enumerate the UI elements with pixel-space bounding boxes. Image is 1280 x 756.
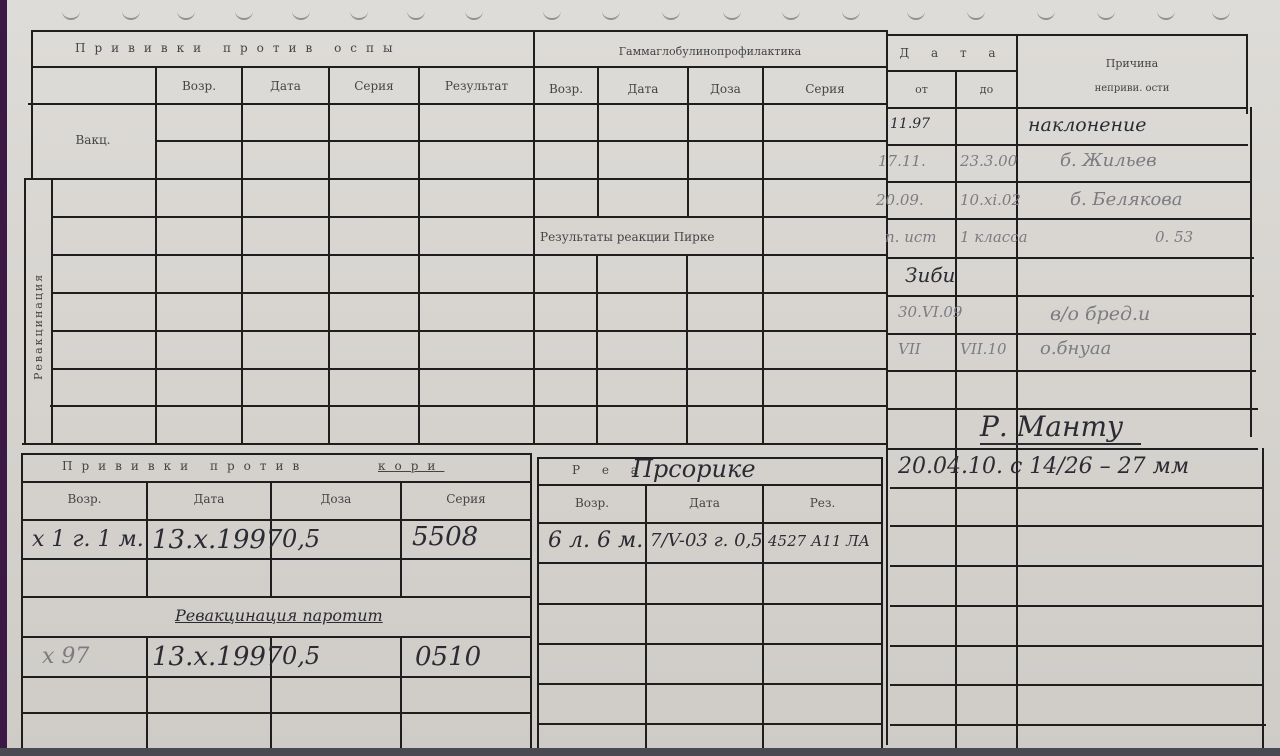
reason-header-title: Причина xyxy=(1018,57,1246,70)
perforation-mark xyxy=(350,10,368,20)
smallpox-title: Прививки против оспы xyxy=(75,41,515,55)
reaction-row1-result: 4527 А11 ЛА xyxy=(768,532,870,550)
exemption-row-1-from: 11.97 xyxy=(890,116,930,132)
perforation-mark xyxy=(235,10,253,20)
reaction-header-age: Возр. xyxy=(539,496,645,510)
date-from-header: от xyxy=(888,83,955,96)
exemption-row-2-from: 17.11. xyxy=(878,152,926,170)
perforation-mark xyxy=(782,10,800,20)
perforation-mark xyxy=(465,10,483,20)
smallpox-header-age: Возр. xyxy=(157,79,241,93)
pirquet-results-label: Результаты реакции Пирке xyxy=(540,230,714,244)
perforation-mark xyxy=(543,10,561,20)
dates-title: Д а т а xyxy=(888,46,1016,60)
exemption-row-2-reason: б. Жильев xyxy=(1060,150,1157,171)
measles-row1-date: 13.x.1997 xyxy=(152,525,282,555)
exemption-row-4-reason: 0. 53 xyxy=(1155,228,1193,246)
measles-row2-date: 13.x.1997 xyxy=(152,642,282,672)
reaction-row1-date: 7/V-03 г. 0,5 xyxy=(650,530,763,551)
exemption-row-4-to: 1 класса xyxy=(960,228,1028,246)
exemption-row-7-reason: о.бнуаа xyxy=(1040,338,1111,359)
perforation-mark xyxy=(1157,10,1175,20)
measles-row2-dose: 0,5 xyxy=(282,642,320,670)
reaction-header-result: Рез. xyxy=(764,496,881,510)
measles-header-age: Возр. xyxy=(23,492,146,506)
measles-row2-series: 0510 xyxy=(415,642,481,672)
measles-row1-age: x 1 г. 1 м. xyxy=(32,527,144,552)
perforation-mark xyxy=(407,10,425,20)
perforation-mark xyxy=(1037,10,1055,20)
smallpox-header-date: Дата xyxy=(243,79,328,93)
measles-row1-series: 5508 xyxy=(412,522,478,552)
perforation-mark xyxy=(122,10,140,20)
revaccination-heading: Ревакцинация паротит xyxy=(175,606,383,625)
perforation-mark xyxy=(1212,10,1230,20)
perforation-mark xyxy=(967,10,985,20)
measles-header-dose: Доза xyxy=(272,492,400,506)
measles-header-series: Серия xyxy=(402,492,530,506)
reaction-header-date: Дата xyxy=(647,496,762,510)
exemption-row-3-from: 20.09. xyxy=(876,191,924,209)
smallpox-header-result: Результат xyxy=(420,79,533,93)
mantoux-entry: 20.04.10. с 14/26 – 27 мм xyxy=(898,454,1189,479)
perforation-mark xyxy=(602,10,620,20)
measles-title-prefix: Прививки против xyxy=(62,459,308,473)
perforation-mark xyxy=(177,10,195,20)
perforation-mark xyxy=(292,10,310,20)
perforation-mark xyxy=(62,10,80,20)
measles-title-disease: кори xyxy=(378,459,444,473)
perforation-mark xyxy=(662,10,680,20)
exemption-row-5-from: Зиби xyxy=(905,263,955,287)
frame-left-edge xyxy=(0,0,7,756)
reason-header-subtitle: неприви. ости xyxy=(1018,83,1246,94)
measles-header-date: Дата xyxy=(148,492,270,506)
gamma-header-dose: Доза xyxy=(689,82,762,96)
date-to-header: до xyxy=(957,83,1016,96)
exemption-row-2-to: 23.3.00 xyxy=(960,152,1017,170)
exemption-row-4-from: п. ист xyxy=(885,228,936,246)
exemption-row-1-reason: наклонение xyxy=(1028,114,1146,136)
perforation-mark xyxy=(1097,10,1115,20)
perforation-mark xyxy=(723,10,741,20)
gamma-title: Гаммаглобулинопрофилактика xyxy=(535,45,885,58)
reaction-title-handwritten: Прсорике xyxy=(632,455,756,483)
measles-row2-age: x 97 xyxy=(42,644,89,669)
exemption-row-7-to: VII.10 xyxy=(960,340,1007,358)
revaccination-label: Ревакцинация xyxy=(32,273,45,380)
exemption-row-6-reason: в/о бред.и xyxy=(1050,303,1150,325)
exemption-row-7-from: VII xyxy=(898,340,921,358)
gamma-header-age: Возр. xyxy=(535,82,597,96)
gamma-header-date: Дата xyxy=(599,82,687,96)
measles-row1-dose: 0,5 xyxy=(282,525,320,553)
vaccination-label: Вакц. xyxy=(33,133,153,147)
exemption-row-3-to: 10.хi.02 xyxy=(960,191,1021,209)
gamma-header-series: Серия xyxy=(764,82,886,96)
frame-bottom-edge xyxy=(0,748,1280,756)
exemption-row-3-reason: б. Белякова xyxy=(1070,189,1182,210)
reaction-row1-age: 6 л. 6 м. xyxy=(548,528,643,553)
perforation-mark xyxy=(842,10,860,20)
perforation-mark xyxy=(907,10,925,20)
mantoux-heading: Р. Манту xyxy=(980,410,1141,445)
exemption-row-6-from: 30.VI.09 xyxy=(898,303,962,321)
smallpox-header-series: Серия xyxy=(330,79,418,93)
